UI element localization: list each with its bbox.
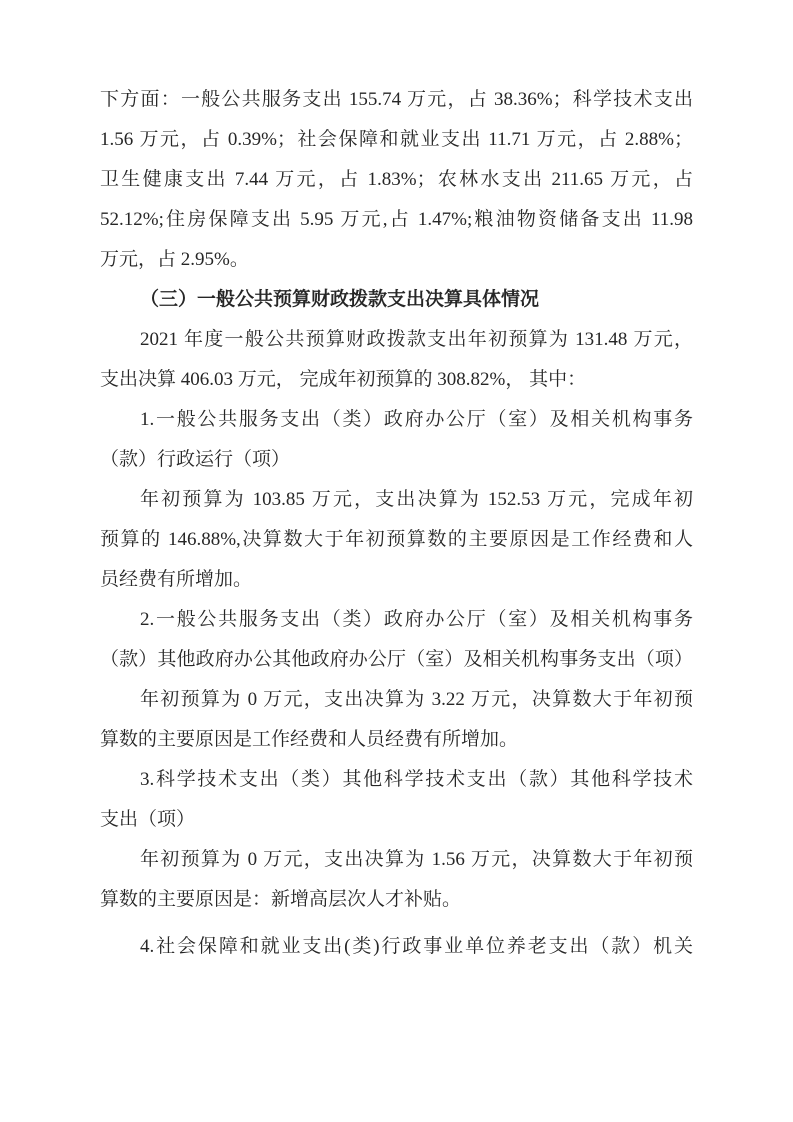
text-line: 卫生健康支出 7.44 万元，占 1.83%；农林水支出 211.65 万元，占 (100, 160, 693, 200)
text-line: 2021 年度一般公共预算财政拨款支出年初预算为 131.48 万元， (100, 320, 693, 360)
text-line: 年初预算为 0 万元，支出决算为 3.22 万元，决算数大于年初预 (100, 680, 693, 720)
text-line: 算数的主要原因是：新增高层次人才补贴。 (100, 880, 693, 920)
section-heading: （三）一般公共预算财政拨款支出决算具体情况 (100, 280, 693, 320)
text-line: 1.一般公共服务支出（类）政府办公厅（室）及相关机构事务 (100, 400, 693, 440)
text-line: 1.56 万元，占 0.39%；社会保障和就业支出 11.71 万元，占 2.8… (100, 120, 693, 160)
text-line: 4.社会保障和就业支出(类)行政事业单位养老支出（款）机关 (100, 927, 693, 967)
text-line: （款）其他政府办公其他政府办公厅（室）及相关机构事务支出（项） (100, 640, 693, 680)
text-line: 万元，占 2.95%。 (100, 240, 693, 280)
text-line: 员经费有所增加。 (100, 560, 693, 600)
text-line: 下方面：一般公共服务支出 155.74 万元，占 38.36%；科学技术支出 (100, 80, 693, 120)
text-line: 52.12%;住房保障支出 5.95 万元,占 1.47%;粮油物资储备支出 1… (100, 200, 693, 240)
text-line: （款）行政运行（项） (100, 440, 693, 480)
text-line: 年初预算为 0 万元，支出决算为 1.56 万元，决算数大于年初预 (100, 840, 693, 880)
text-line: 支出决算 406.03 万元， 完成年初预算的 308.82%， 其中： (100, 360, 693, 400)
text-line: 3.科学技术支出（类）其他科学技术支出（款）其他科学技术 (100, 760, 693, 800)
text-line: 支出（项） (100, 800, 693, 840)
document-page: 下方面：一般公共服务支出 155.74 万元，占 38.36%；科学技术支出1.… (0, 0, 793, 1122)
document-text-block: 下方面：一般公共服务支出 155.74 万元，占 38.36%；科学技术支出1.… (100, 80, 693, 967)
text-line: 年初预算为 103.85 万元，支出决算为 152.53 万元，完成年初 (100, 480, 693, 520)
text-line: 算数的主要原因是工作经费和人员经费有所增加。 (100, 720, 693, 760)
text-line: 2.一般公共服务支出（类）政府办公厅（室）及相关机构事务 (100, 600, 693, 640)
text-line: 预算的 146.88%,决算数大于年初预算数的主要原因是工作经费和人 (100, 520, 693, 560)
